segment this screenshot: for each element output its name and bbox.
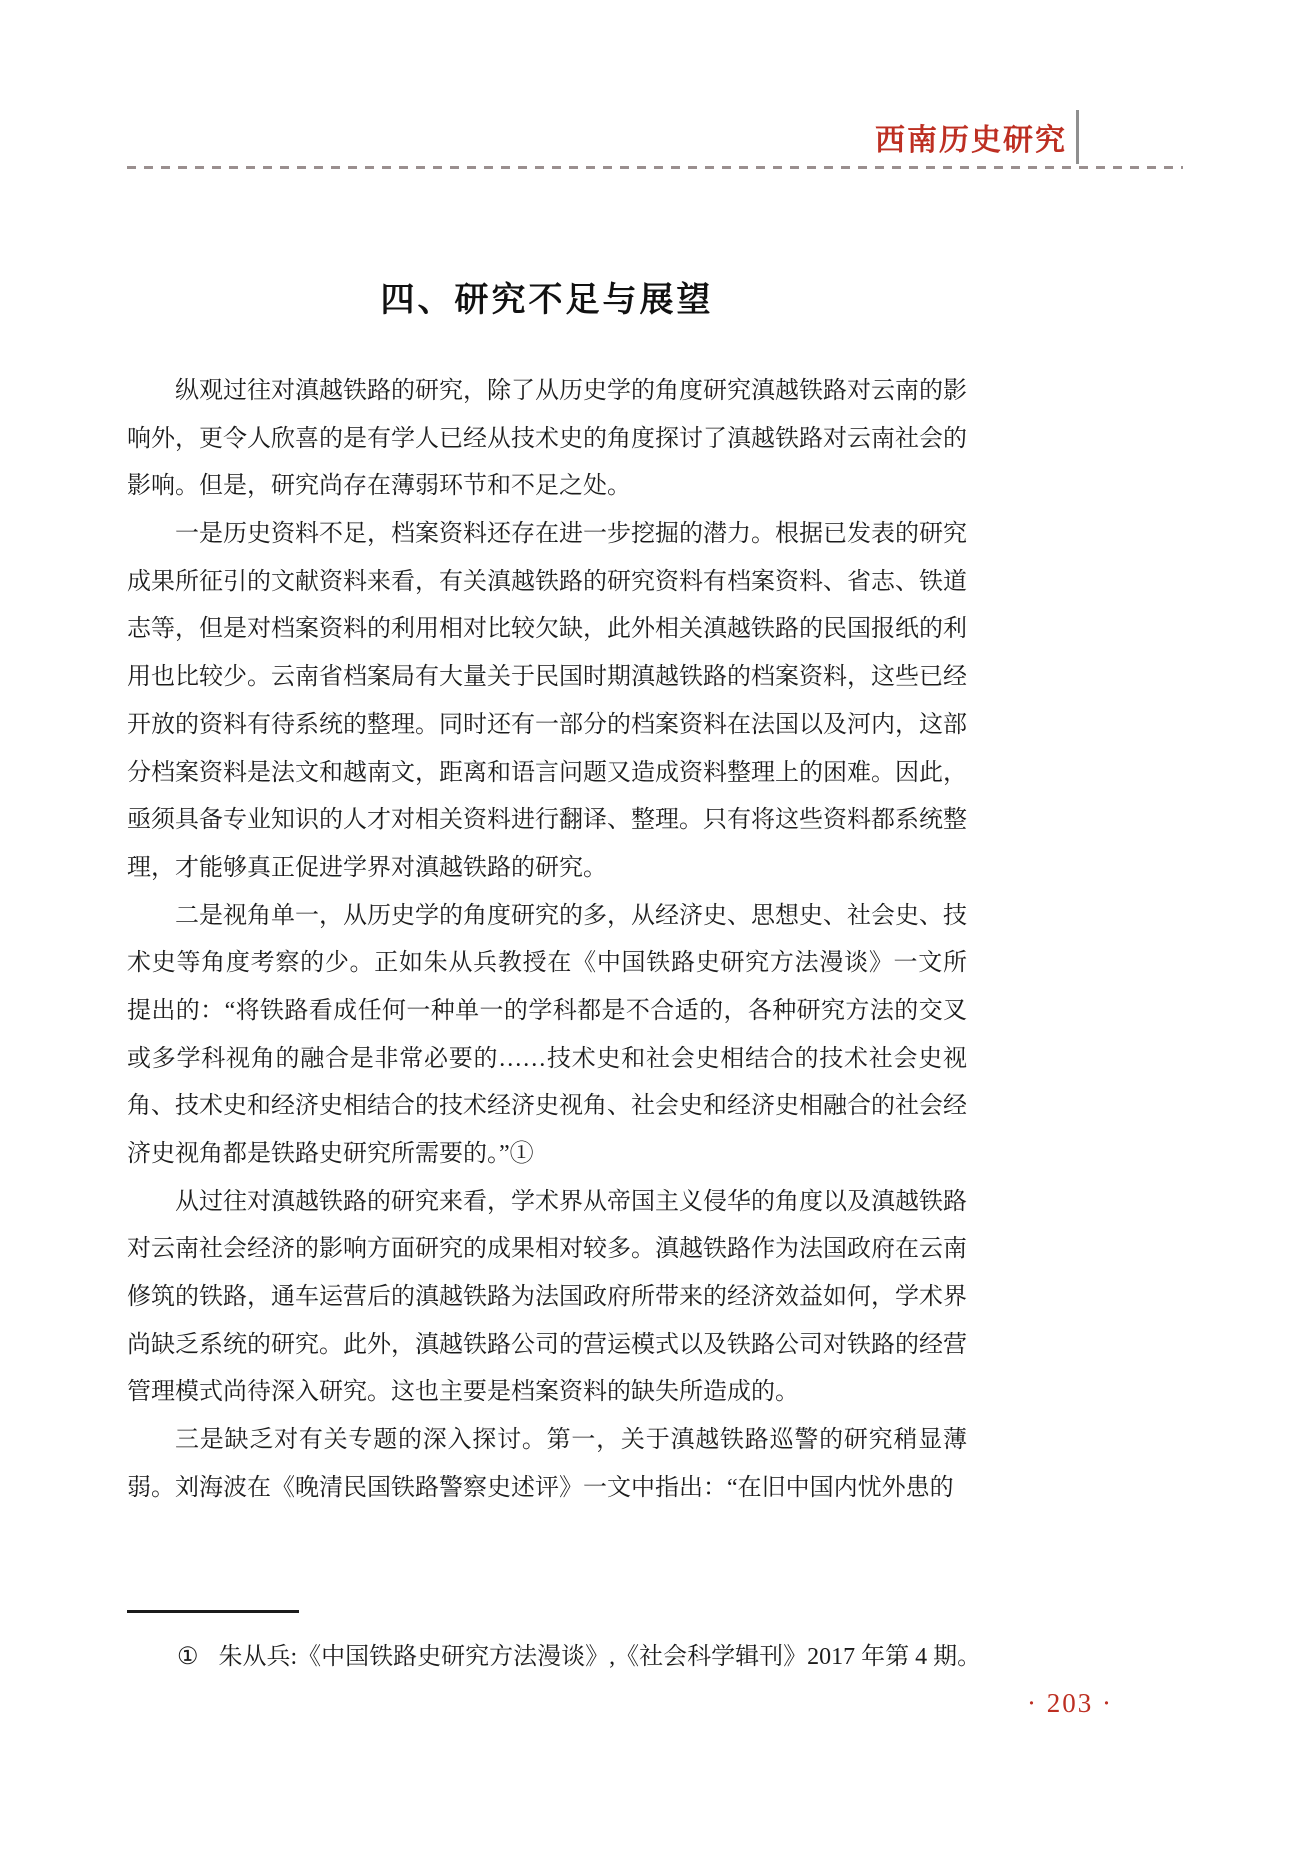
page-number: · 203 · — [985, 1688, 1155, 1719]
body-line: 影响。但是，研究尚存在薄弱环节和不足之处。 — [127, 463, 967, 511]
body-line: 二是视角单一，从历史学的角度研究的多，从经济史、思想史、社会史、技 — [127, 893, 967, 941]
running-head-divider-bar — [1076, 110, 1079, 164]
footnote-marker: ① — [177, 1644, 199, 1670]
header-dashed-rule — [127, 166, 1183, 169]
section-title: 四、研究不足与展望 — [127, 272, 967, 321]
body-line: 术史等角度考察的少。正如朱从兵教授在《中国铁路史研究方法漫谈》一文所 — [127, 940, 967, 988]
document-page: 西南历史研究 四、研究不足与展望 纵观过往对滇越铁路的研究，除了从历史学的角度研… — [0, 0, 1307, 1859]
body-line: 济史视角都是铁路史研究所需要的。”① — [127, 1131, 967, 1179]
body-line: 管理模式尚待深入研究。这也主要是档案资料的缺失所造成的。 — [127, 1369, 967, 1417]
body-line: 或多学科视角的融合是非常必要的……技术史和社会史相结合的技术社会史视 — [127, 1036, 967, 1084]
footnote-separator-rule — [127, 1610, 299, 1613]
body-line: 尚缺乏系统的研究。此外，滇越铁路公司的营运模式以及铁路公司对铁路的经营 — [127, 1322, 967, 1370]
body-line: 弱。刘海波在《晚清民国铁路警察史述评》一文中指出：“在旧中国内忧外患的 — [127, 1465, 967, 1513]
body-line: 修筑的铁路，通车运营后的滇越铁路为法国政府所带来的经济效益如何，学术界 — [127, 1274, 967, 1322]
body-line: 用也比较少。云南省档案局有大量关于民国时期滇越铁路的档案资料，这些已经 — [127, 654, 967, 702]
body-line: 理，才能够真正促进学界对滇越铁路的研究。 — [127, 845, 967, 893]
footnote: ①朱从兵:《中国铁路史研究方法漫谈》,《社会科学辑刊》2017 年第 4 期。 — [177, 1637, 1007, 1677]
body-line: 三是缺乏对有关专题的深入探讨。第一，关于滇越铁路巡警的研究稍显薄 — [127, 1417, 967, 1465]
body-line: 角、技术史和经济史相结合的技术经济史视角、社会史和经济史相融合的社会经 — [127, 1083, 967, 1131]
body-line: 从过往对滇越铁路的研究来看，学术界从帝国主义侵华的角度以及滇越铁路 — [127, 1179, 967, 1227]
body-line: 一是历史资料不足，档案资料还存在进一步挖掘的潜力。根据已发表的研究 — [127, 511, 967, 559]
body-line: 开放的资料有待系统的整理。同时还有一部分的档案资料在法国以及河内，这部 — [127, 702, 967, 750]
body-line: 纵观过往对滇越铁路的研究，除了从历史学的角度研究滇越铁路对云南的影 — [127, 368, 967, 416]
body-text: 纵观过往对滇越铁路的研究，除了从历史学的角度研究滇越铁路对云南的影响外，更令人欣… — [127, 368, 967, 1513]
body-line: 对云南社会经济的影响方面研究的成果相对较多。滇越铁路作为法国政府在云南 — [127, 1226, 967, 1274]
body-line: 分档案资料是法文和越南文，距离和语言问题又造成资料整理上的困难。因此， — [127, 750, 967, 798]
footnote-text: 朱从兵:《中国铁路史研究方法漫谈》,《社会科学辑刊》2017 年第 4 期。 — [219, 1644, 982, 1670]
body-line: 响外，更令人欣喜的是有学人已经从技术史的角度探讨了滇越铁路对云南社会的 — [127, 416, 967, 464]
body-line: 成果所征引的文献资料来看，有关滇越铁路的研究资料有档案资料、省志、铁道 — [127, 559, 967, 607]
body-line: 志等，但是对档案资料的利用相对比较欠缺，此外相关滇越铁路的民国报纸的利 — [127, 606, 967, 654]
body-line: 亟须具备专业知识的人才对相关资料进行翻译、整理。只有将这些资料都系统整 — [127, 797, 967, 845]
body-line: 提出的：“将铁路看成任何一种单一的学科都是不合适的，各种研究方法的交叉 — [127, 988, 967, 1036]
running-head-title: 西南历史研究 — [0, 121, 1067, 161]
